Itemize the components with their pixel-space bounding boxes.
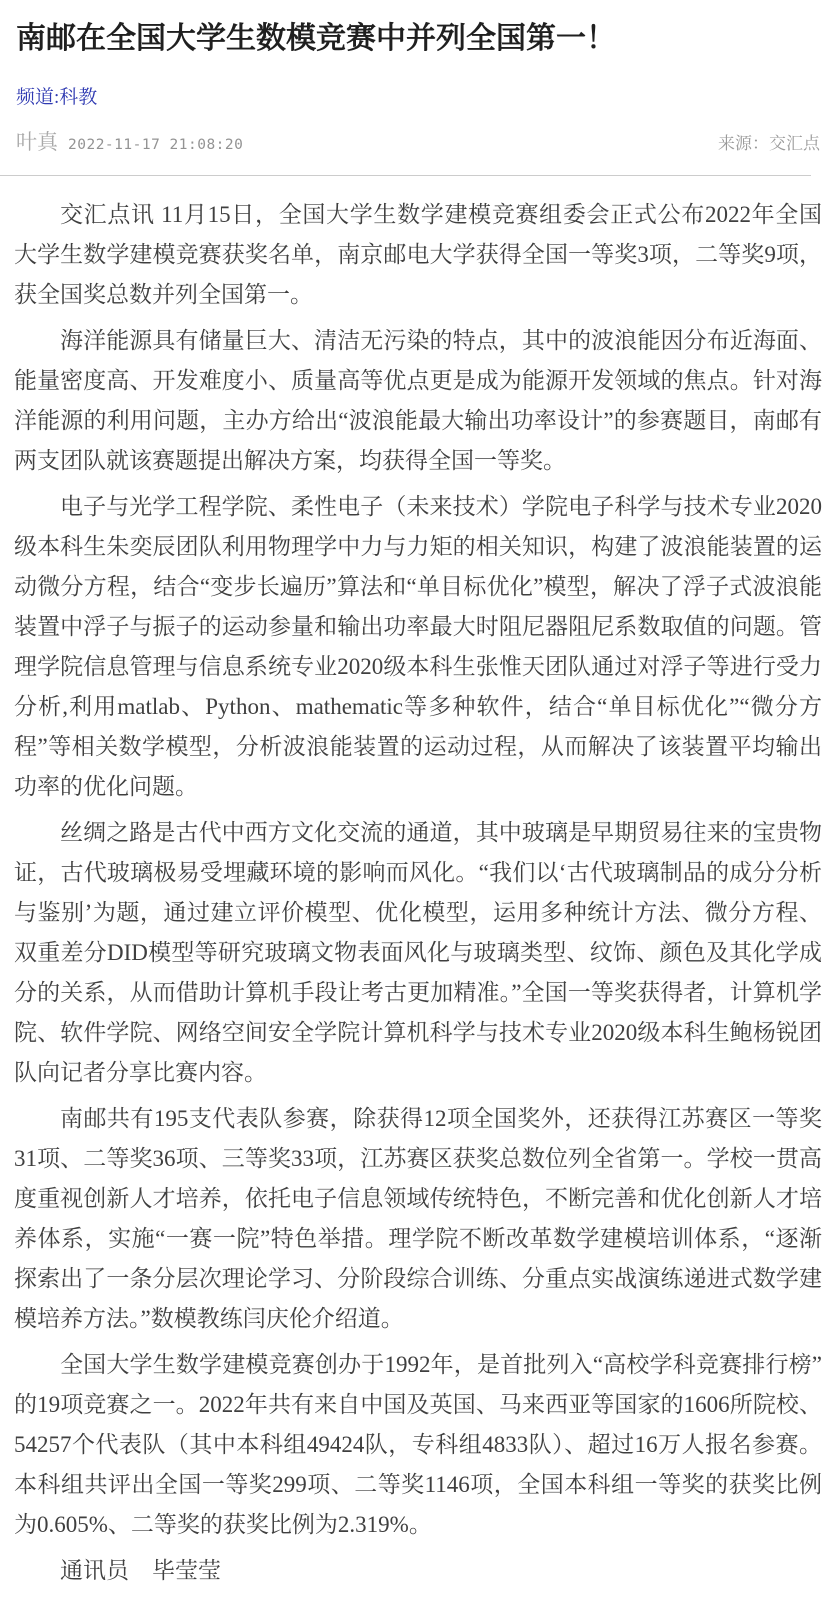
article-paragraph-1: 交汇点讯 11月15日，全国大学生数学建模竞赛组委会正式公布2022年全国大学生… [14, 195, 822, 315]
article-paragraph-2: 海洋能源具有储量巨大、清洁无污染的特点，其中的波浪能因分布近海面、能量密度高、开… [14, 321, 822, 481]
source-label: 来源：交汇点 [718, 129, 820, 154]
article-page: 南邮在全国大学生数模竞赛中并列全国第一！ 频道:科教 叶真 2022-11-17… [0, 0, 836, 1615]
article-paragraph-3: 电子与光学工程学院、柔性电子（未来技术）学院电子科学与技术专业2020级本科生朱… [14, 487, 822, 807]
article-paragraph-4: 丝绸之路是古代中西方文化交流的通道，其中玻璃是早期贸易往来的宝贵物证，古代玻璃极… [14, 813, 822, 1093]
channel-link[interactable]: 频道:科教 [16, 88, 97, 109]
article-paragraph-6: 全国大学生数学建模竞赛创办于1992年，是首批列入“高校学科竞赛排行榜”的19项… [14, 1345, 822, 1545]
publish-time: 2022-11-17 21:08:20 [68, 137, 243, 153]
article-paragraph-5: 南邮共有195支代表队参赛，除获得12项全国奖外，还获得江苏赛区一等奖31项、二… [14, 1099, 822, 1339]
author-time-group: 叶真 2022-11-17 21:08:20 [16, 126, 243, 156]
article-body: 交汇点讯 11月15日，全国大学生数学建模竞赛组委会正式公布2022年全国大学生… [14, 176, 822, 1591]
article-meta-row: 叶真 2022-11-17 21:08:20 来源：交汇点 [16, 126, 820, 156]
author-name: 叶真 [16, 126, 58, 156]
correspondent-byline: 通讯员 毕莹莹 [14, 1551, 822, 1591]
article-title: 南邮在全国大学生数模竞赛中并列全国第一！ [14, 18, 822, 60]
